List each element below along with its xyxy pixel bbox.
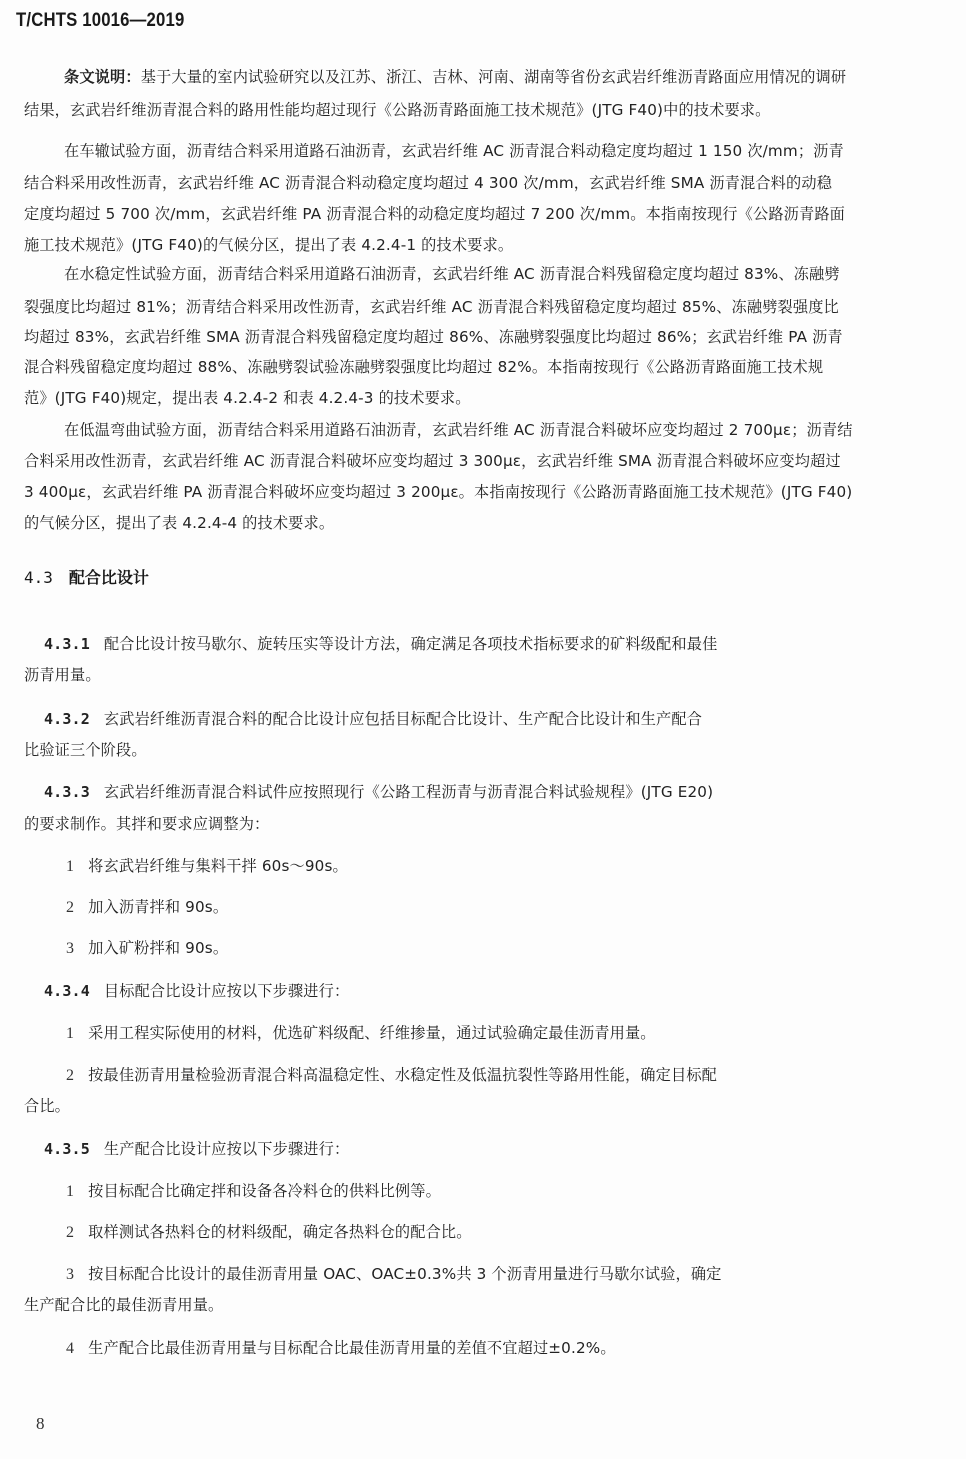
list-item: 1采用工程实际使用的材料，优选矿料级配、纤维掺量，通过试验确定最佳沥青用量。	[66, 1023, 656, 1044]
commentary-line: 的气候分区，提出了表 4.2.4-4 的技术要求。	[24, 513, 334, 533]
item-number: 1	[66, 1183, 74, 1200]
text-line: 基于大量的室内试验研究以及江苏、浙江、吉林、河南、湖南等省份玄武岩纤维沥青路面应…	[141, 68, 847, 86]
clause-number: 4.3.3	[44, 783, 90, 801]
list-item: 3按目标配合比设计的最佳沥青用量 OAC、OAC±0.3%共 3 个沥青用量进行…	[66, 1264, 722, 1285]
document-page: T/CHTS 10016—2019 条文说明：基于大量的室内试验研究以及江苏、浙…	[0, 0, 966, 1459]
item-number: 3	[66, 1266, 74, 1283]
text-line: 按目标配合比设计的最佳沥青用量 OAC、OAC±0.3%共 3 个沥青用量进行马…	[88, 1265, 721, 1283]
list-item: 4生产配合比最佳沥青用量与目标配合比最佳沥青用量的差值不宜超过±0.2%。	[66, 1338, 616, 1359]
commentary-line: 3 400με，玄武岩纤维 PA 沥青混合料破坏应变均超过 3 200με。本指…	[24, 482, 852, 502]
item-number: 1	[66, 1025, 74, 1042]
clause-4-3-5: 4.3.5生产配合比设计应按以下步骤进行：	[44, 1139, 349, 1159]
item-number: 3	[66, 940, 74, 957]
commentary-line: 施工技术规范》(JTG F40)的气候分区，提出了表 4.2.4-1 的技术要求…	[24, 235, 513, 255]
commentary-line: 合料采用改性沥青，玄武岩纤维 AC 沥青混合料破坏应变均超过 3 300με，玄…	[24, 451, 841, 471]
item-number: 2	[66, 1067, 74, 1084]
text-line: 配合比设计按马歇尔、旋转压实等设计方法，确定满足各项技术指标要求的矿料级配和最佳	[104, 635, 718, 653]
list-item: 2按最佳沥青用量检验沥青混合料高温稳定性、水稳定性及低温抗裂性等路用性能，确定目…	[66, 1065, 717, 1086]
text-line: 加入矿粉拌和 90s。	[88, 939, 228, 957]
item-number: 1	[66, 858, 74, 875]
document-code-header: T/CHTS 10016—2019	[16, 10, 184, 32]
list-item: 1按目标配合比确定拌和设备各冷料仓的供料比例等。	[66, 1181, 441, 1202]
clause-4-3-4: 4.3.4目标配合比设计应按以下步骤进行：	[44, 981, 349, 1001]
text-line: 加入沥青拌和 90s。	[88, 898, 228, 916]
text-line: 生产配合比最佳沥青用量与目标配合比最佳沥青用量的差值不宜超过±0.2%。	[88, 1339, 616, 1357]
commentary-label: 条文说明：	[64, 68, 141, 86]
commentary-line: 裂强度比均超过 81%；沥青结合料采用改性沥青，玄武岩纤维 AC 沥青混合料残留…	[24, 297, 839, 317]
text-line: 目标配合比设计应按以下步骤进行：	[104, 982, 349, 1000]
item-number: 2	[66, 899, 74, 916]
clause-line: 合比。	[24, 1096, 70, 1116]
commentary-line: 在水稳定性试验方面，沥青结合料采用道路石油沥青，玄武岩纤维 AC 沥青混合料残留…	[64, 264, 840, 284]
page-number: 8	[36, 1414, 45, 1434]
commentary-line: 定度均超过 5 700 次/mm，玄武岩纤维 PA 沥青混合料的动稳定度均超过 …	[24, 204, 845, 224]
clause-line: 比验证三个阶段。	[24, 740, 147, 760]
clause-line: 沥青用量。	[24, 665, 101, 685]
text-line: 玄武岩纤维沥青混合料的配合比设计应包括目标配合比设计、生产配合比设计和生产配合	[104, 710, 702, 728]
section-heading: 4.3配合比设计	[24, 565, 149, 588]
text-line: 生产配合比设计应按以下步骤进行：	[104, 1140, 349, 1158]
clause-number: 4.3.2	[44, 710, 90, 728]
commentary-line: 在车辙试验方面，沥青结合料采用道路石油沥青，玄武岩纤维 AC 沥青混合料动稳定度…	[64, 141, 844, 161]
section-title: 配合比设计	[69, 568, 149, 587]
clause-line: 的要求制作。其拌和要求应调整为：	[24, 814, 269, 834]
commentary-line: 范》(JTG F40)规定，提出表 4.2.4-2 和表 4.2.4-3 的技术…	[24, 388, 471, 408]
clause-line: 生产配合比的最佳沥青用量。	[24, 1295, 223, 1315]
clause-4-3-1: 4.3.1配合比设计按马歇尔、旋转压实等设计方法，确定满足各项技术指标要求的矿料…	[44, 634, 717, 654]
clause-4-3-3: 4.3.3玄武岩纤维沥青混合料试件应按照现行《公路工程沥青与沥青混合料试验规程》…	[44, 782, 713, 802]
clause-4-3-2: 4.3.2玄武岩纤维沥青混合料的配合比设计应包括目标配合比设计、生产配合比设计和…	[44, 709, 702, 729]
commentary-line: 混合料残留稳定度均超过 88%、冻融劈裂试验冻融劈裂强度比均超过 82%。本指南…	[24, 357, 823, 377]
list-item: 3加入矿粉拌和 90s。	[66, 938, 228, 959]
commentary-line: 结合料采用改性沥青，玄武岩纤维 AC 沥青混合料动稳定度均超过 4 300 次/…	[24, 173, 832, 193]
text-line: 采用工程实际使用的材料，优选矿料级配、纤维掺量，通过试验确定最佳沥青用量。	[88, 1024, 656, 1042]
list-item: 1将玄武岩纤维与集料干拌 60s～90s。	[66, 856, 348, 877]
commentary-line: 条文说明：基于大量的室内试验研究以及江苏、浙江、吉林、河南、湖南等省份玄武岩纤维…	[64, 67, 846, 87]
clause-number: 4.3.4	[44, 982, 90, 1000]
commentary-line: 均超过 83%，玄武岩纤维 SMA 沥青混合料残留稳定度均超过 86%、冻融劈裂…	[24, 327, 843, 347]
text-line: 取样测试各热料仓的材料级配，确定各热料仓的配合比。	[88, 1223, 471, 1241]
text-line: 将玄武岩纤维与集料干拌 60s～90s。	[88, 857, 348, 875]
commentary-line: 在低温弯曲试验方面，沥青结合料采用道路石油沥青，玄武岩纤维 AC 沥青混合料破坏…	[64, 420, 853, 440]
text-line: 按最佳沥青用量检验沥青混合料高温稳定性、水稳定性及低温抗裂性等路用性能，确定目标…	[88, 1066, 717, 1084]
clause-number: 4.3.1	[44, 635, 90, 653]
text-line: 玄武岩纤维沥青混合料试件应按照现行《公路工程沥青与沥青混合料试验规程》(JTG …	[104, 783, 713, 801]
list-item: 2加入沥青拌和 90s。	[66, 897, 228, 918]
text-line: 按目标配合比确定拌和设备各冷料仓的供料比例等。	[88, 1182, 441, 1200]
clause-number: 4.3.5	[44, 1140, 90, 1158]
item-number: 4	[66, 1340, 74, 1357]
list-item: 2取样测试各热料仓的材料级配，确定各热料仓的配合比。	[66, 1222, 472, 1243]
section-number: 4.3	[24, 568, 53, 587]
item-number: 2	[66, 1224, 74, 1241]
commentary-line: 结果，玄武岩纤维沥青混合料的路用性能均超过现行《公路沥青路面施工技术规范》(JT…	[24, 100, 770, 120]
